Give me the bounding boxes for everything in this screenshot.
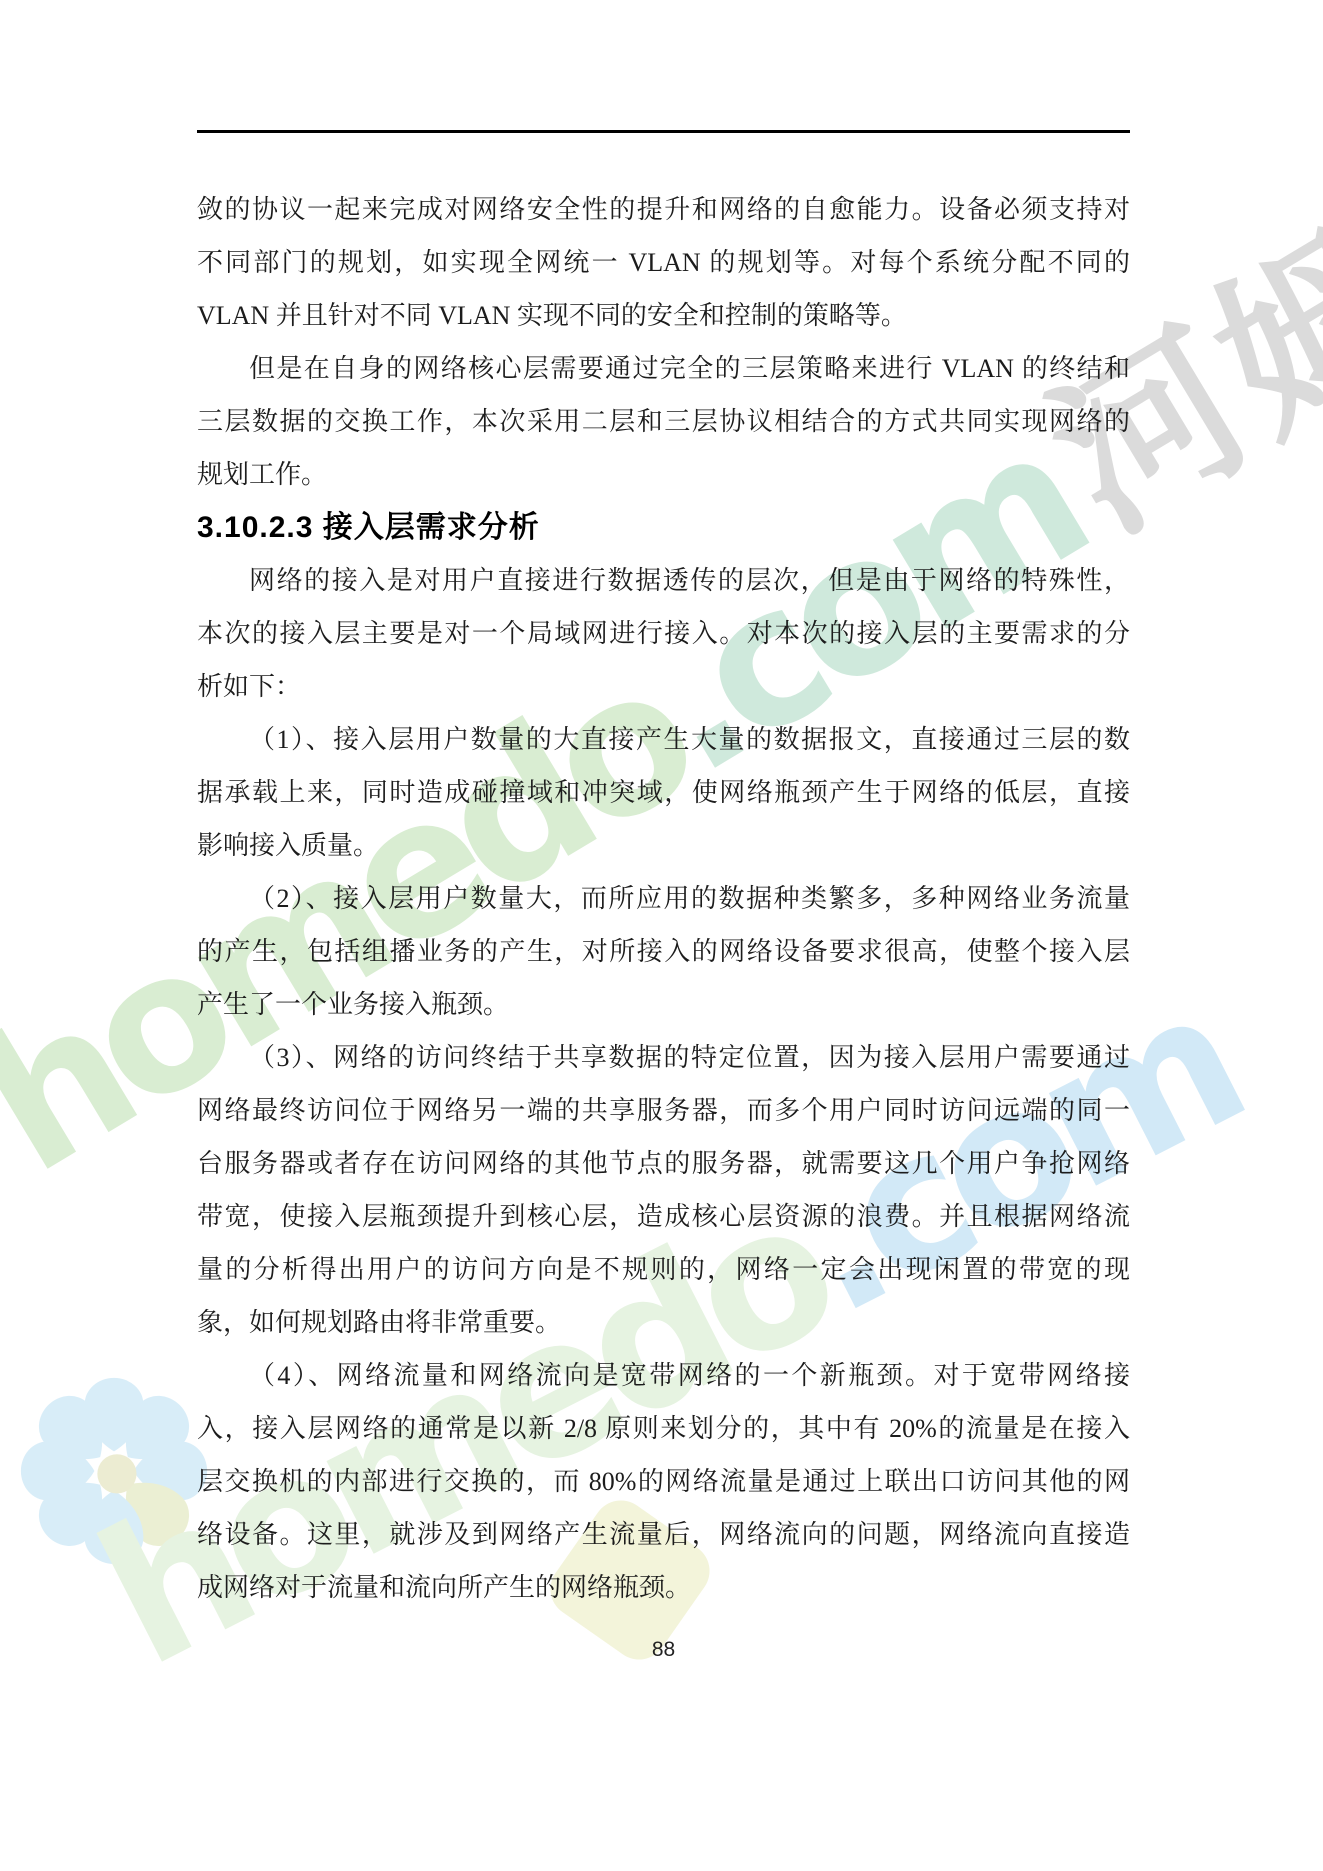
body-text: 敛的协议一起来完成对网络安全性的提升和网络的自愈能力。设备必须支持对不同部门的规… [197,183,1130,1614]
text-line: 据承载上来，同时造成碰撞域和冲突域，使网络瓶颈产生于网络的低层，直接 [197,766,1130,819]
text-line: 敛的协议一起来完成对网络安全性的提升和网络的自愈能力。设备必须支持对 [197,183,1130,236]
text-line: 规划工作。 [197,448,1130,501]
text-line: VLAN 并且针对不同 VLAN 实现不同的安全和控制的策略等。 [197,289,1130,342]
text-line: 影响接入质量。 [197,819,1130,872]
text-line: 入，接入层网络的通常是以新 2/8 原则来划分的，其中有 20%的流量是在接入 [197,1402,1130,1455]
text-line: 产生了一个业务接入瓶颈。 [197,978,1130,1031]
text-line: 本次的接入层主要是对一个局域网进行接入。对本次的接入层的主要需求的分 [197,607,1130,660]
text-line: 的产生，包括组播业务的产生，对所接入的网络设备要求很高，使整个接入层 [197,925,1130,978]
text-line: （3）、网络的访问终结于共享数据的特定位置，因为接入层用户需要通过 [197,1031,1130,1084]
text-line: 网络最终访问位于网络另一端的共享服务器，而多个用户同时访问远端的同一 [197,1084,1130,1137]
text-line: 成网络对于流量和流向所产生的网络瓶颈。 [197,1561,1130,1614]
text-line: 网络的接入是对用户直接进行数据透传的层次，但是由于网络的特殊性， [197,554,1130,607]
document-page: homedo.com河姆渡 homedo.com 敛的协议一起来完成对网络安全性… [0,0,1323,1871]
text-line: 不同部门的规划，如实现全网统一 VLAN 的规划等。对每个系统分配不同的 [197,236,1130,289]
text-line: 三层数据的交换工作，本次采用二层和三层协议相结合的方式共同实现网络的 [197,395,1130,448]
text-line: 象，如何规划路由将非常重要。 [197,1296,1130,1349]
text-line: 台服务器或者存在访问网络的其他节点的服务器，就需要这几个用户争抢网络 [197,1137,1130,1190]
text-line: 带宽，使接入层瓶颈提升到核心层，造成核心层资源的浪费。并且根据网络流 [197,1190,1130,1243]
page-number: 88 [197,1638,1130,1662]
header-rule [197,130,1130,133]
text-line: 络设备。这里，就涉及到网络产生流量后，网络流向的问题，网络流向直接造 [197,1508,1130,1561]
text-line: （1）、接入层用户数量的大直接产生大量的数据报文，直接通过三层的数 [197,713,1130,766]
text-line: 量的分析得出用户的访问方向是不规则的，网络一定会出现闲置的带宽的现 [197,1243,1130,1296]
text-line: 但是在自身的网络核心层需要通过完全的三层策略来进行 VLAN 的终结和 [197,342,1130,395]
text-line: 析如下： [197,660,1130,713]
text-line: 层交换机的内部进行交换的，而 80%的网络流量是通过上联出口访问其他的网 [197,1455,1130,1508]
text-line: （2）、接入层用户数量大，而所应用的数据种类繁多，多种网络业务流量 [197,872,1130,925]
text-line: （4）、网络流量和网络流向是宽带网络的一个新瓶颈。对于宽带网络接 [197,1349,1130,1402]
section-heading: 3.10.2.3 接入层需求分析 [197,501,1130,554]
